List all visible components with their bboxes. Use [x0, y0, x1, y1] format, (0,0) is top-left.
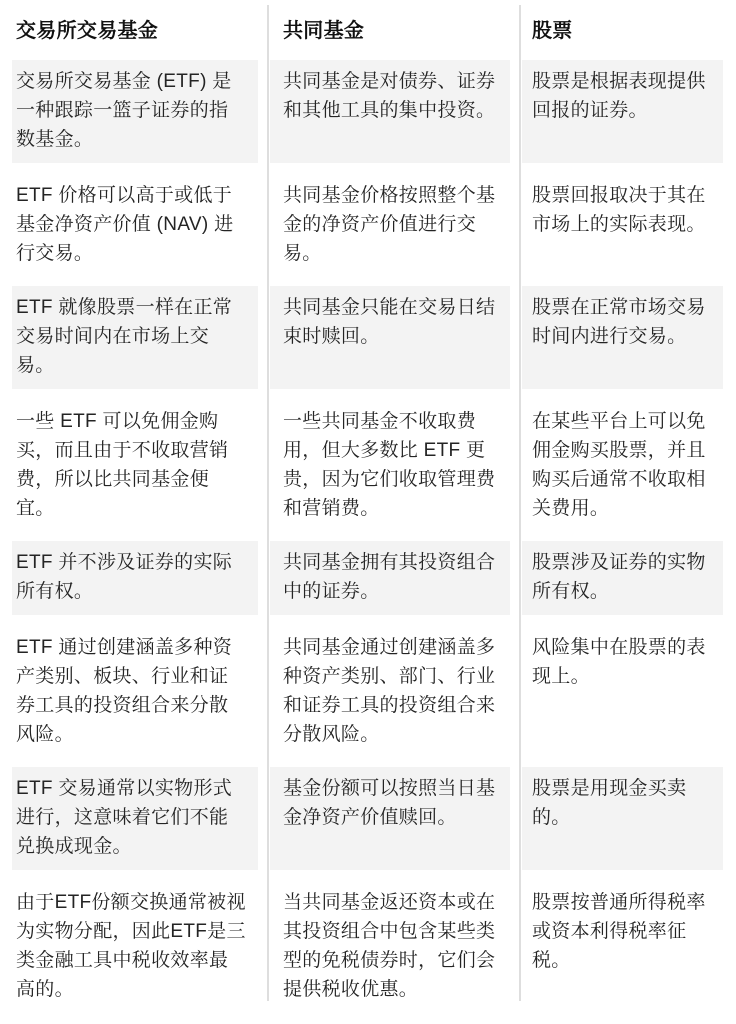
table-row: 一些 ETF 可以免佣金购买，而且由于不收取营销费，所以比共同基金便宜。 一些共… — [12, 389, 723, 541]
cell-etf: ETF 价格可以高于或低于基金净资产价值 (NAV) 进行交易。 — [12, 163, 267, 286]
cell-stock: 股票涉及证券的实物所有权。 — [519, 541, 723, 615]
table-row: ETF 并不涉及证券的实际所有权。 共同基金拥有其投资组合中的证券。 股票涉及证… — [12, 541, 723, 615]
column-header-stock: 股票 — [519, 0, 723, 60]
cell-etf: 一些 ETF 可以免佣金购买，而且由于不收取营销费，所以比共同基金便宜。 — [12, 389, 267, 541]
column-header-etf: 交易所交易基金 — [12, 0, 267, 60]
cell-mutual-fund: 一些共同基金不收取费用，但大多数比 ETF 更贵，因为它们收取管理费和营销费。 — [267, 389, 519, 541]
cell-etf: ETF 交易通常以实物形式进行，这意味着它们不能兑换成现金。 — [12, 767, 267, 870]
cell-mutual-fund: 当共同基金返还资本或在其投资组合中包含某些类型的免税债券时，它们会提供税收优惠。 — [267, 870, 519, 1022]
table-row: ETF 价格可以高于或低于基金净资产价值 (NAV) 进行交易。 共同基金价格按… — [12, 163, 723, 286]
cell-mutual-fund: 共同基金价格按照整个基金的净资产价值进行交易。 — [267, 163, 519, 286]
column-header-mutual-fund: 共同基金 — [267, 0, 519, 60]
column-divider-1 — [267, 5, 269, 1001]
cell-stock: 股票在正常市场交易时间内进行交易。 — [519, 286, 723, 389]
table-row: ETF 就像股票一样在正常交易时间内在市场上交易。 共同基金只能在交易日结束时赎… — [12, 286, 723, 389]
comparison-table: 交易所交易基金 共同基金 股票 交易所交易基金 (ETF) 是一种跟踪一篮子证券… — [12, 0, 723, 1022]
cell-stock: 在某些平台上可以免佣金购买股票，并且购买后通常不收取相关费用。 — [519, 389, 723, 541]
cell-mutual-fund: 基金份额可以按照当日基金净资产价值赎回。 — [267, 767, 519, 870]
column-divider-2 — [519, 5, 521, 1001]
cell-stock: 股票是用现金买卖的。 — [519, 767, 723, 870]
cell-stock: 股票是根据表现提供回报的证券。 — [519, 60, 723, 163]
header-row: 交易所交易基金 共同基金 股票 — [12, 0, 723, 60]
cell-stock: 股票回报取决于其在市场上的实际表现。 — [519, 163, 723, 286]
cell-mutual-fund: 共同基金是对债券、证券和其他工具的集中投资。 — [267, 60, 519, 163]
cell-etf: ETF 并不涉及证券的实际所有权。 — [12, 541, 267, 615]
cell-stock: 风险集中在股票的表现上。 — [519, 615, 723, 767]
cell-etf: 交易所交易基金 (ETF) 是一种跟踪一篮子证券的指数基金。 — [12, 60, 267, 163]
table-row: 交易所交易基金 (ETF) 是一种跟踪一篮子证券的指数基金。 共同基金是对债券、… — [12, 60, 723, 163]
cell-stock: 股票按普通所得税率或资本利得税率征税。 — [519, 870, 723, 1022]
cell-mutual-fund: 共同基金通过创建涵盖多种资产类别、部门、行业和证券工具的投资组合来分散风险。 — [267, 615, 519, 767]
cell-etf: 由于ETF份额交换通常被视为实物分配，因此ETF是三类金融工具中税收效率最高的。 — [12, 870, 267, 1022]
cell-mutual-fund: 共同基金只能在交易日结束时赎回。 — [267, 286, 519, 389]
table-row: ETF 交易通常以实物形式进行，这意味着它们不能兑换成现金。 基金份额可以按照当… — [12, 767, 723, 870]
cell-etf: ETF 通过创建涵盖多种资产类别、板块、行业和证券工具的投资组合来分散风险。 — [12, 615, 267, 767]
cell-etf: ETF 就像股票一样在正常交易时间内在市场上交易。 — [12, 286, 267, 389]
table-row: ETF 通过创建涵盖多种资产类别、板块、行业和证券工具的投资组合来分散风险。 共… — [12, 615, 723, 767]
table-row: 由于ETF份额交换通常被视为实物分配，因此ETF是三类金融工具中税收效率最高的。… — [12, 870, 723, 1022]
cell-mutual-fund: 共同基金拥有其投资组合中的证券。 — [267, 541, 519, 615]
